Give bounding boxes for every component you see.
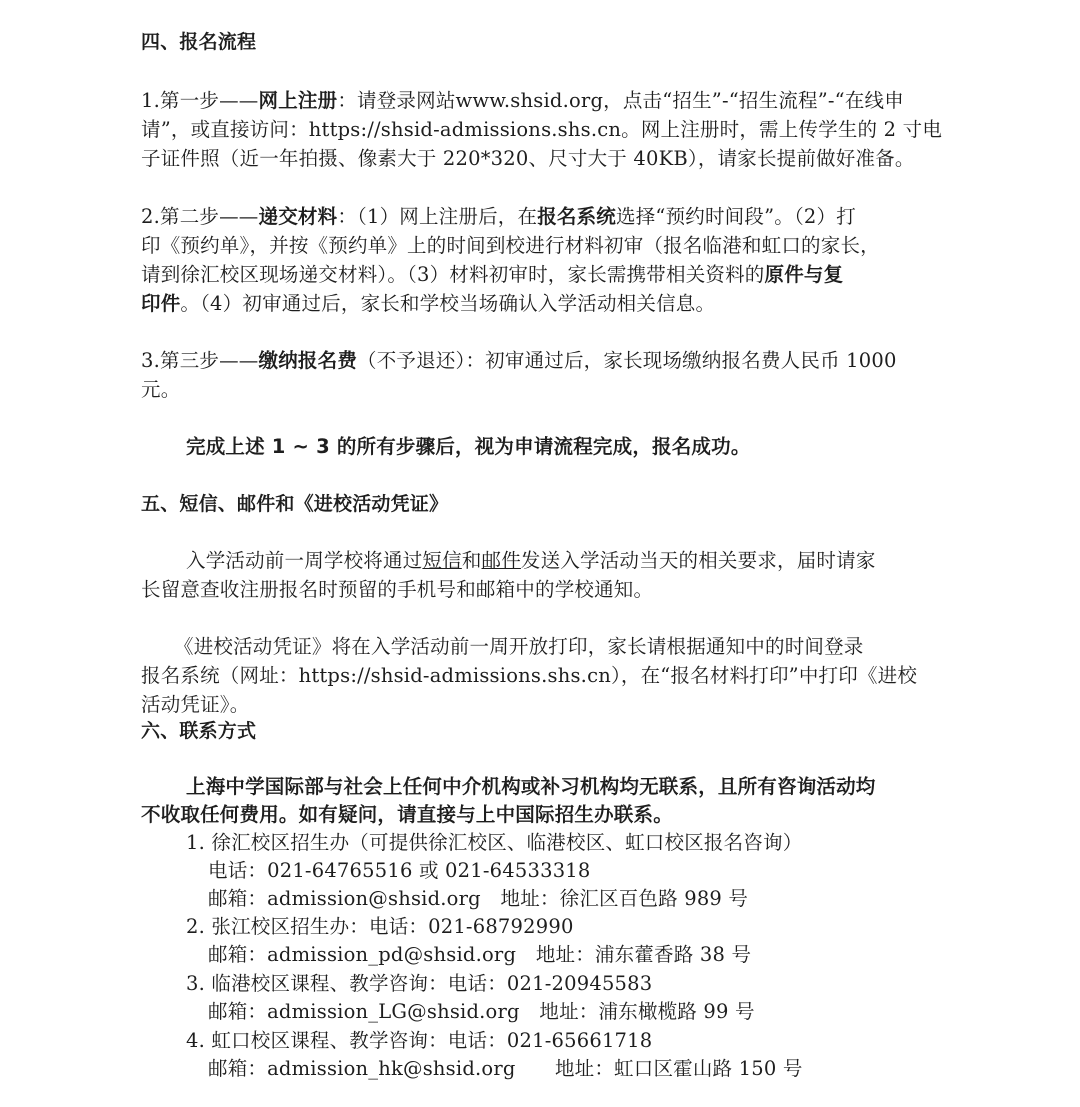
step2-line3: 请到徐汇校区现场递交材料）。（3）材料初审时，家长需携带相关资料的原件与复 xyxy=(141,261,843,289)
voucher-line3: 活动凭证》。 xyxy=(141,691,249,719)
section-heading-contact: 六、联系方式 xyxy=(141,717,256,745)
notification-line2: 长留意查收注册报名时预留的手机号和邮箱中的学校通知。 xyxy=(141,576,653,604)
contact-zhangjiang-title: 2. 张江校区招生办：电话：021-68792990 xyxy=(186,913,574,941)
sms-term: 短信 xyxy=(422,549,461,572)
contact-notice-line2: 不收取任何费用。如有疑问，请直接与上中国际招生办联系。 xyxy=(141,801,673,829)
step2-text-d: 。（4）初审通过后，家长和学校当场确认入学活动相关信息。 xyxy=(180,292,715,315)
step2-text-b: 选择“预约时间段”。（2）打 xyxy=(616,205,856,228)
notification-line1: 入学活动前一周学校将通过短信和邮件发送入学活动当天的相关要求，届时请家 xyxy=(186,547,876,575)
notification-text-c: 发送入学活动当天的相关要求，届时请家 xyxy=(521,549,876,572)
registration-system-term: 报名系统 xyxy=(537,205,616,228)
document-page: 四、报名流程 1.第一步——网上注册：请登录网站www.shsid.org，点击… xyxy=(0,0,1080,1107)
step3-text: （不予退还）：初审通过后，家长现场缴纳报名费人民币 1000 xyxy=(357,349,897,372)
voucher-line2: 报名系统（网址：https://shsid-admissions.shs.cn）… xyxy=(141,662,917,690)
contact-lingang-email-address: 邮箱：admission_LG@shsid.org 地址：浦东橄榄路 99 号 xyxy=(208,998,755,1026)
notification-text-a: 入学活动前一周学校将通过 xyxy=(186,549,422,572)
step1-line2: 请”，或直接访问：https://shsid-admissions.shs.cn… xyxy=(141,116,942,144)
contact-xuhui-title: 1. 徐汇校区招生办（可提供徐汇校区、临港校区、虹口校区报名咨询） xyxy=(186,829,802,857)
contact-hongkou-title: 4. 虹口校区课程、教学咨询：电话：021-65661718 xyxy=(186,1027,652,1055)
step2-line2: 印《预约单》，并按《预约单》上的时间到校进行材料初审（报名临港和虹口的家长， xyxy=(141,232,880,260)
contact-zhangjiang-email-address: 邮箱：admission_pd@shsid.org 地址：浦东藿香路 38 号 xyxy=(208,941,751,969)
email-term: 邮件 xyxy=(482,549,521,572)
step2-line4: 印件。（4）初审通过后，家长和学校当场确认入学活动相关信息。 xyxy=(141,290,715,318)
step1-text: ：请登录网站www.shsid.org，点击“招生”-“招生流程”-“在线申 xyxy=(337,89,904,112)
step3-number: 3.第三步—— xyxy=(141,349,259,372)
voucher-line1: 《进校活动凭证》将在入学活动前一周开放打印，家长请根据通知中的时间登录 xyxy=(174,633,864,661)
step3-line2: 元。 xyxy=(141,376,180,404)
originals-copies-term: 原件与复 xyxy=(765,263,844,286)
step2-text-c: 请到徐汇校区现场递交材料）。（3）材料初审时，家长需携带相关资料的 xyxy=(141,263,765,286)
step2-title: 递交材料 xyxy=(259,205,338,228)
step1-number: 1.第一步—— xyxy=(141,89,259,112)
step1-title: 网上注册 xyxy=(259,89,338,112)
contact-notice-line1: 上海中学国际部与社会上任何中介机构或补习机构均无联系，且所有咨询活动均 xyxy=(186,773,876,801)
contact-xuhui-email-address: 邮箱：admission@shsid.org 地址：徐汇区百色路 989 号 xyxy=(208,885,748,913)
notification-text-b: 和 xyxy=(462,549,482,572)
completion-note: 完成上述 1 ~ 3 的所有步骤后，视为申请流程完成，报名成功。 xyxy=(186,433,751,461)
section-heading-registration-process: 四、报名流程 xyxy=(141,28,256,56)
step2-line1: 2.第二步——递交材料：（1）网上注册后，在报名系统选择“预约时间段”。（2）打 xyxy=(141,203,856,231)
contact-lingang-title: 3. 临港校区课程、教学咨询：电话：021-20945583 xyxy=(186,970,652,998)
step1-line3: 子证件照（近一年拍摄、像素大于 220*320、尺寸大于 40KB），请家长提前… xyxy=(141,145,915,173)
step2-number: 2.第二步—— xyxy=(141,205,259,228)
step3-title: 缴纳报名费 xyxy=(259,349,358,372)
contact-hongkou-email-address: 邮箱：admission_hk@shsid.org 地址：虹口区霍山路 150 … xyxy=(208,1055,803,1083)
contact-xuhui-phone: 电话：021-64765516 或 021-64533318 xyxy=(208,857,591,885)
step3-line1: 3.第三步——缴纳报名费（不予退还）：初审通过后，家长现场缴纳报名费人民币 10… xyxy=(141,347,897,375)
step2-text-a: ：（1）网上注册后，在 xyxy=(337,205,537,228)
section-heading-sms-email: 五、短信、邮件和《进校活动凭证》 xyxy=(141,490,448,518)
step1-line1: 1.第一步——网上注册：请登录网站www.shsid.org，点击“招生”-“招… xyxy=(141,87,904,115)
copies-term-end: 印件 xyxy=(141,292,180,315)
